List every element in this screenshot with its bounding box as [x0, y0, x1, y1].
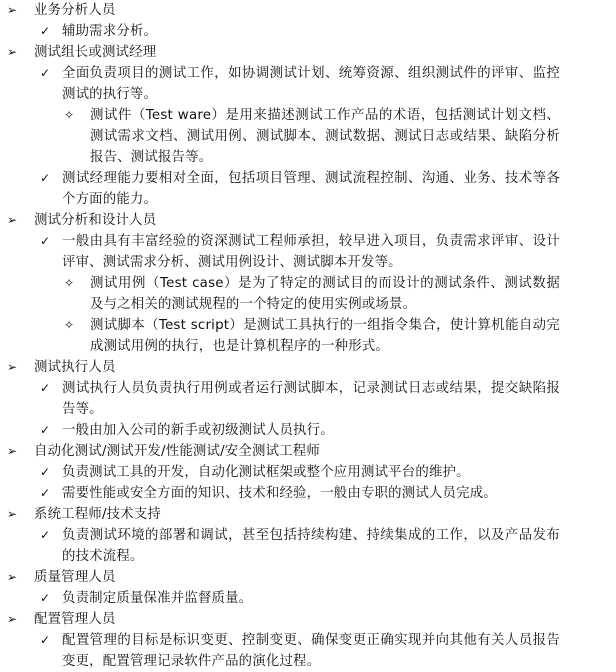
check-bullet-icon: ✓ — [40, 168, 50, 189]
section-heading: ➢质量管理人员 — [0, 567, 560, 588]
list-item: ✓负责测试工具的开发，自动化测试框架或整个应用测试平台的维护。 — [0, 462, 560, 483]
list-item: ✓辅助需求分析。 — [0, 21, 560, 42]
arrowhead-bullet-icon: ➢ — [7, 210, 17, 231]
section-heading: ➢自动化测试/测试开发/性能测试/安全测试工程师 — [0, 441, 560, 462]
item-text: 一般由加入公司的新手或初级测试人员执行。 — [62, 420, 560, 441]
item-text: 测试组长或测试经理 — [34, 42, 560, 63]
item-text: 测试件（Test ware）是用来描述测试工作产品的术语，包括测试计划文档、测试… — [90, 105, 560, 168]
item-text: 一般由具有丰富经验的资深测试工程师承担，较早进入项目，负责需求评审、设计评审、测… — [62, 231, 560, 273]
list-item: ✓负责制定质量保准并监督质量。 — [0, 588, 560, 609]
check-bullet-icon: ✓ — [40, 588, 50, 609]
check-bullet-icon: ✓ — [40, 483, 50, 504]
list-item: ✓一般由具有丰富经验的资深测试工程师承担，较早进入项目，负责需求评审、设计评审、… — [0, 231, 560, 273]
item-text: 辅助需求分析。 — [62, 21, 560, 42]
item-text: 全面负责项目的测试工作，如协调测试计划、统筹资源、组织测试件的评审、监控测试的执… — [62, 63, 560, 105]
section-heading: ➢配置管理人员 — [0, 609, 560, 630]
arrowhead-bullet-icon: ➢ — [7, 441, 17, 462]
item-text: 负责制定质量保准并监督质量。 — [62, 588, 560, 609]
arrowhead-bullet-icon: ➢ — [7, 357, 17, 378]
check-bullet-icon: ✓ — [40, 21, 50, 42]
item-text: 测试执行人员负责执行用例或者运行测试脚本，记录测试日志或结果，提交缺陷报告等。 — [62, 378, 560, 420]
item-text: 测试分析和设计人员 — [34, 210, 560, 231]
sub-list-item: ✧测试用例（Test case）是为了特定的测试目的而设计的测试条件、测试数据及… — [0, 273, 560, 315]
item-text: 自动化测试/测试开发/性能测试/安全测试工程师 — [34, 441, 560, 462]
list-item: ✓测试执行人员负责执行用例或者运行测试脚本，记录测试日志或结果，提交缺陷报告等。 — [0, 378, 560, 420]
section-heading: ➢测试执行人员 — [0, 357, 560, 378]
diamond-star-bullet-icon: ✧ — [64, 273, 74, 294]
check-bullet-icon: ✓ — [40, 63, 50, 84]
list-item: ✓需要性能或安全方面的知识、技术和经验，一般由专职的测试人员完成。 — [0, 483, 560, 504]
item-text: 负责测试工具的开发，自动化测试框架或整个应用测试平台的维护。 — [62, 462, 560, 483]
item-text: 需要性能或安全方面的知识、技术和经验，一般由专职的测试人员完成。 — [62, 483, 560, 504]
list-item: ✓负责测试环境的部署和调试，甚至包括持续构建、持续集成的工作，以及产品发布的技术… — [0, 525, 560, 567]
arrowhead-bullet-icon: ➢ — [7, 567, 17, 588]
section-heading: ➢业务分析人员 — [0, 0, 560, 21]
item-text: 系统工程师/技术支持 — [34, 504, 560, 525]
arrowhead-bullet-icon: ➢ — [7, 0, 17, 21]
item-text: 业务分析人员 — [34, 0, 560, 21]
document-body: ➢业务分析人员✓辅助需求分析。➢测试组长或测试经理✓全面负责项目的测试工作，如协… — [0, 0, 616, 672]
list-item: ✓配置管理的目标是标识变更、控制变更、确保变更正确实现并向其他有关人员报告变更，… — [0, 630, 560, 672]
sub-list-item: ✧测试件（Test ware）是用来描述测试工作产品的术语，包括测试计划文档、测… — [0, 105, 560, 168]
item-text: 测试执行人员 — [34, 357, 560, 378]
arrowhead-bullet-icon: ➢ — [7, 42, 17, 63]
item-text: 测试脚本（Test script）是测试工具执行的一组指令集合，使计算机能自动完… — [90, 315, 560, 357]
check-bullet-icon: ✓ — [40, 378, 50, 399]
list-item: ✓测试经理能力要相对全面，包括项目管理、测试流程控制、沟通、业务、技术等各个方面… — [0, 168, 560, 210]
item-text: 配置管理人员 — [34, 609, 560, 630]
item-text: 配置管理的目标是标识变更、控制变更、确保变更正确实现并向其他有关人员报告变更，配… — [62, 630, 560, 672]
arrowhead-bullet-icon: ➢ — [7, 504, 17, 525]
item-text: 质量管理人员 — [34, 567, 560, 588]
item-text: 测试经理能力要相对全面，包括项目管理、测试流程控制、沟通、业务、技术等各个方面的… — [62, 168, 560, 210]
check-bullet-icon: ✓ — [40, 630, 50, 651]
check-bullet-icon: ✓ — [40, 462, 50, 483]
diamond-star-bullet-icon: ✧ — [64, 105, 74, 126]
check-bullet-icon: ✓ — [40, 525, 50, 546]
check-bullet-icon: ✓ — [40, 231, 50, 252]
arrowhead-bullet-icon: ➢ — [7, 609, 17, 630]
sub-list-item: ✧测试脚本（Test script）是测试工具执行的一组指令集合，使计算机能自动… — [0, 315, 560, 357]
diamond-star-bullet-icon: ✧ — [64, 315, 74, 336]
section-heading: ➢系统工程师/技术支持 — [0, 504, 560, 525]
section-heading: ➢测试分析和设计人员 — [0, 210, 560, 231]
check-bullet-icon: ✓ — [40, 420, 50, 441]
item-text: 测试用例（Test case）是为了特定的测试目的而设计的测试条件、测试数据及与… — [90, 273, 560, 315]
item-text: 负责测试环境的部署和调试，甚至包括持续构建、持续集成的工作，以及产品发布的技术流… — [62, 525, 560, 567]
section-heading: ➢测试组长或测试经理 — [0, 42, 560, 63]
list-item: ✓全面负责项目的测试工作，如协调测试计划、统筹资源、组织测试件的评审、监控测试的… — [0, 63, 560, 105]
list-item: ✓一般由加入公司的新手或初级测试人员执行。 — [0, 420, 560, 441]
